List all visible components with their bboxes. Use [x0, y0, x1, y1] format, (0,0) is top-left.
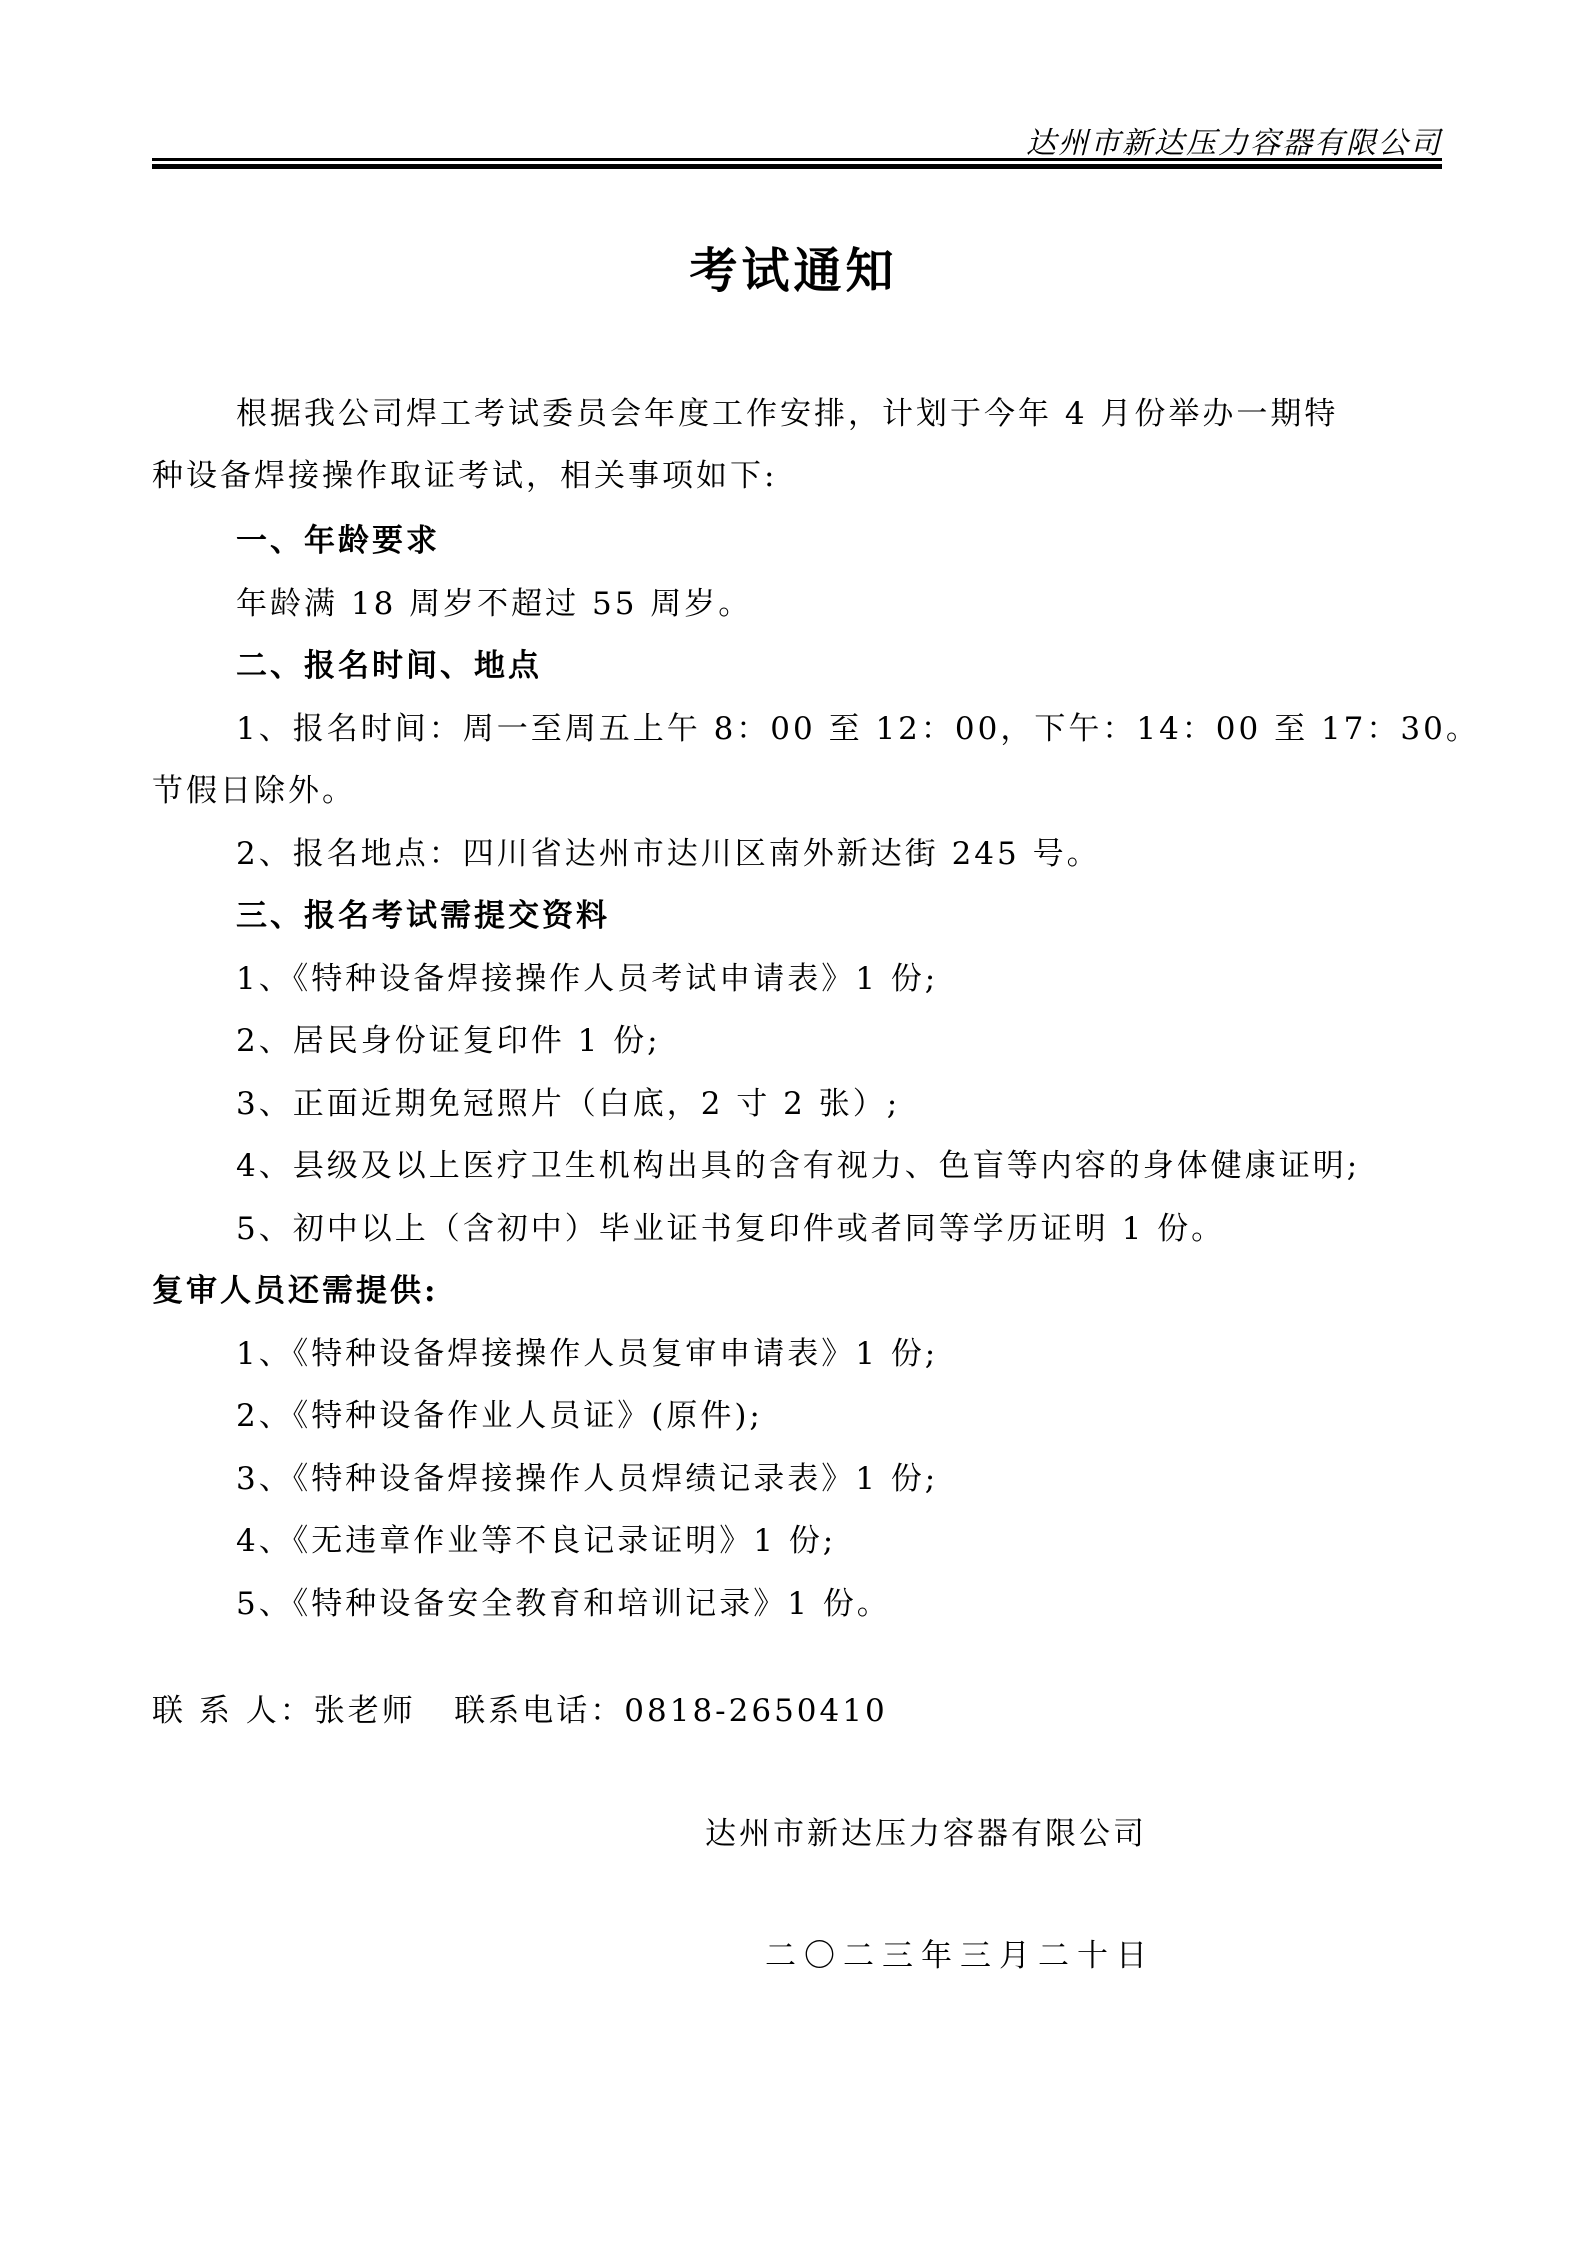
registration-time-line-2: 节假日除外。: [152, 765, 356, 810]
signature-date: 二〇二三年三月二十日: [765, 1930, 1155, 1975]
contact-info: 联 系 人：张老师 联系电话：0818-2650410: [152, 1685, 888, 1730]
header-divider-thin: [152, 158, 1442, 161]
section-registration-heading: 二、报名时间、地点: [236, 640, 542, 685]
registration-place: 2、报名地点：四川省达州市达川区南外新达街 245 号。: [236, 828, 1101, 873]
section-materials-heading: 三、报名考试需提交资料: [236, 890, 610, 935]
materials-item: 4、县级及以上医疗卫生机构出具的含有视力、色盲等内容的身体健康证明;: [236, 1140, 1360, 1185]
header-divider-thick: [152, 164, 1442, 169]
review-item: 1、《特种设备焊接操作人员复审申请表》1 份;: [236, 1328, 938, 1373]
header-company-name: 达州市新达压力容器有限公司: [1026, 118, 1442, 162]
materials-item: 5、初中以上（含初中）毕业证书复印件或者同等学历证明 1 份。: [236, 1203, 1225, 1248]
review-item: 2、《特种设备作业人员证》(原件);: [236, 1390, 763, 1435]
section-age-text: 年龄满 18 周岁不超过 55 周岁。: [236, 578, 752, 623]
intro-line-2: 种设备焊接操作取证考试，相关事项如下:: [152, 450, 777, 495]
materials-item: 3、正面近期免冠照片（白底，2 寸 2 张）;: [236, 1078, 900, 1123]
review-item: 3、《特种设备焊接操作人员焊绩记录表》1 份;: [236, 1453, 938, 1498]
review-item: 4、《无违章作业等不良记录证明》1 份;: [236, 1515, 836, 1560]
intro-line-1: 根据我公司焊工考试委员会年度工作安排，计划于今年 4 月份举办一期特: [236, 388, 1338, 433]
registration-time-line-1: 1、报名时间：周一至周五上午 8：00 至 12：00，下午：14：00 至 1…: [236, 703, 1480, 748]
section-age-heading: 一、年龄要求: [236, 515, 440, 560]
materials-item: 1、《特种设备焊接操作人员考试申请表》1 份;: [236, 953, 938, 998]
section-review-heading: 复审人员还需提供:: [152, 1265, 438, 1310]
page-title: 考试通知: [0, 232, 1587, 301]
signature-company: 达州市新达压力容器有限公司: [705, 1808, 1147, 1853]
materials-item: 2、居民身份证复印件 1 份;: [236, 1015, 661, 1060]
review-item: 5、《特种设备安全教育和培训记录》1 份。: [236, 1578, 891, 1623]
